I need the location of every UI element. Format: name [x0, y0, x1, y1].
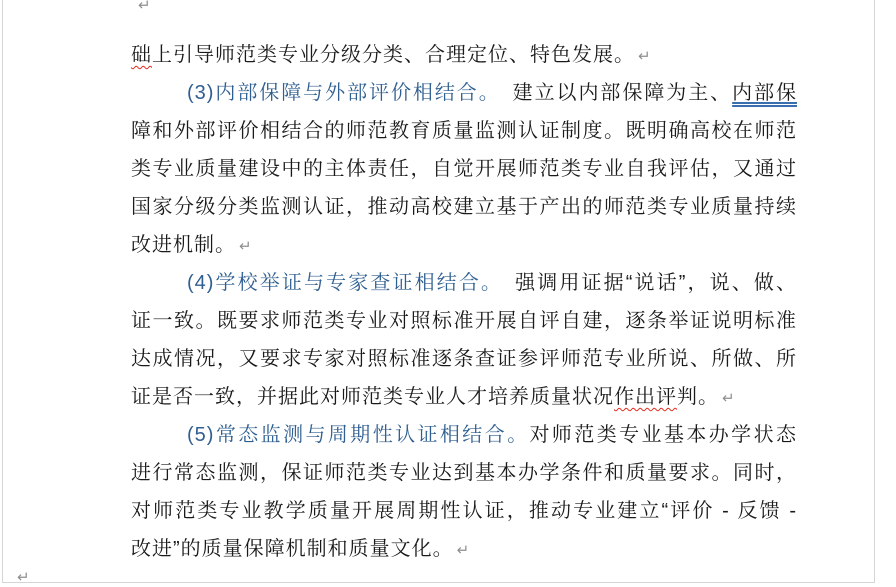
text-run: 证一致。既要求师范类专业对照标准开展自评自建，逐条举证说明标准	[131, 310, 797, 332]
text-line[interactable]: 达成情况，又要求专家对照标准逐条查证参评师范专业所说、所做、所	[131, 340, 797, 378]
text-line[interactable]: 证是否一致，并据此对师范类专业人才培养质量状况作出评判。↵	[131, 378, 797, 416]
text-run: 改进机制。	[131, 234, 236, 256]
misspelled-run: 础	[131, 44, 152, 66]
text-line[interactable]: (5)常态监测与周期性认证相结合。对师范类专业基本办学状态	[131, 416, 797, 454]
text-run: 判。	[677, 386, 719, 408]
text-line[interactable]: 障和外部评价相结合的师范教育质量监测认证制度。既明确高校在师范	[131, 112, 797, 150]
text-line[interactable]: 改进”的质量保障机制和质量文化。↵	[131, 530, 797, 568]
text-run: 对师范类专业基本办学状态	[530, 424, 797, 446]
text-line[interactable]: 进行常态监测，保证师范类专业达到基本办学条件和质量要求。同时，	[131, 454, 797, 492]
text-run: 国家分级分类监测认证，推动高校建立基于产出的师范类专业质量持续	[131, 196, 797, 218]
heading-run: (4)学校举证与专家查证相结合。	[187, 272, 493, 294]
text-line[interactable]: 类专业质量建设中的主体责任，自觉开展师范类专业自我评估，又通过	[131, 150, 797, 188]
text-line[interactable]: (3)内部保障与外部评价相结合。 建立以内部保障为主、内部保	[131, 74, 797, 112]
text-line[interactable]: 对师范类专业教学质量开展周期性认证，推动专业建立“评价 - 反馈 -	[131, 492, 797, 530]
text-run: 上引导师范类专业分级分类、合理定位、特色发展。	[152, 44, 635, 66]
text-line[interactable]: 国家分级分类监测认证，推动高校建立基于产出的师范类专业质量持续	[131, 188, 797, 226]
paragraph-mark-top: ↵	[138, 0, 151, 14]
text-line[interactable]: 改进机制。↵	[131, 226, 797, 264]
paragraph-mark-bottom: ↵	[17, 568, 30, 586]
text-line[interactable]: 证一致。既要求师范类专业对照标准开展自评自建，逐条举证说明标准	[131, 302, 797, 340]
text-line[interactable]: 础上引导师范类专业分级分类、合理定位、特色发展。↵	[131, 36, 797, 74]
text-run: 进行常态监测，保证师范类专业达到基本办学条件和质量要求。同时，	[131, 462, 797, 484]
heading-run: (3)内部保障与外部评价相结合。	[187, 82, 491, 104]
text-block[interactable]: 础上引导师范类专业分级分类、合理定位、特色发展。↵(3)内部保障与外部评价相结合…	[131, 36, 797, 568]
text-run: 改进”的质量保障机制和质量文化。	[131, 538, 454, 560]
text-run: 强调用证据“说话”，说、做、	[493, 272, 797, 294]
text-run: 类专业质量建设中的主体责任，自觉开展师范类专业自我评估，又通过	[131, 158, 797, 180]
paragraph-mark: ↵	[638, 48, 651, 65]
text-run: 达成情况，又要求专家对照标准逐条查证参评师范专业所说、所做、所	[131, 348, 797, 370]
paragraph-mark: ↵	[722, 390, 735, 407]
paragraph-mark: ↵	[457, 542, 470, 559]
text-run: 对师范类专业教学质量开展周期性认证，推动专业建立“评价 - 反馈 -	[131, 500, 797, 522]
heading-run: (5)常态监测与周期性认证相结合。	[187, 424, 530, 446]
paragraph-mark: ↵	[239, 238, 252, 255]
text-run: 证是否一致，并据此对师范类专业人才培养质量状况	[131, 386, 614, 408]
misspelled-run: 作出评	[614, 386, 677, 408]
document-page[interactable]: ↵ 础上引导师范类专业分级分类、合理定位、特色发展。↵(3)内部保障与外部评价相…	[2, 0, 875, 583]
text-run: 障和外部评价相结合的师范教育质量监测认证制度。既明确高校在师范	[131, 120, 797, 142]
revised-run: 内部保	[732, 82, 797, 104]
text-run: 建立以内部保障为主、	[491, 82, 732, 104]
text-line[interactable]: (4)学校举证与专家查证相结合。 强调用证据“说话”，说、做、	[131, 264, 797, 302]
